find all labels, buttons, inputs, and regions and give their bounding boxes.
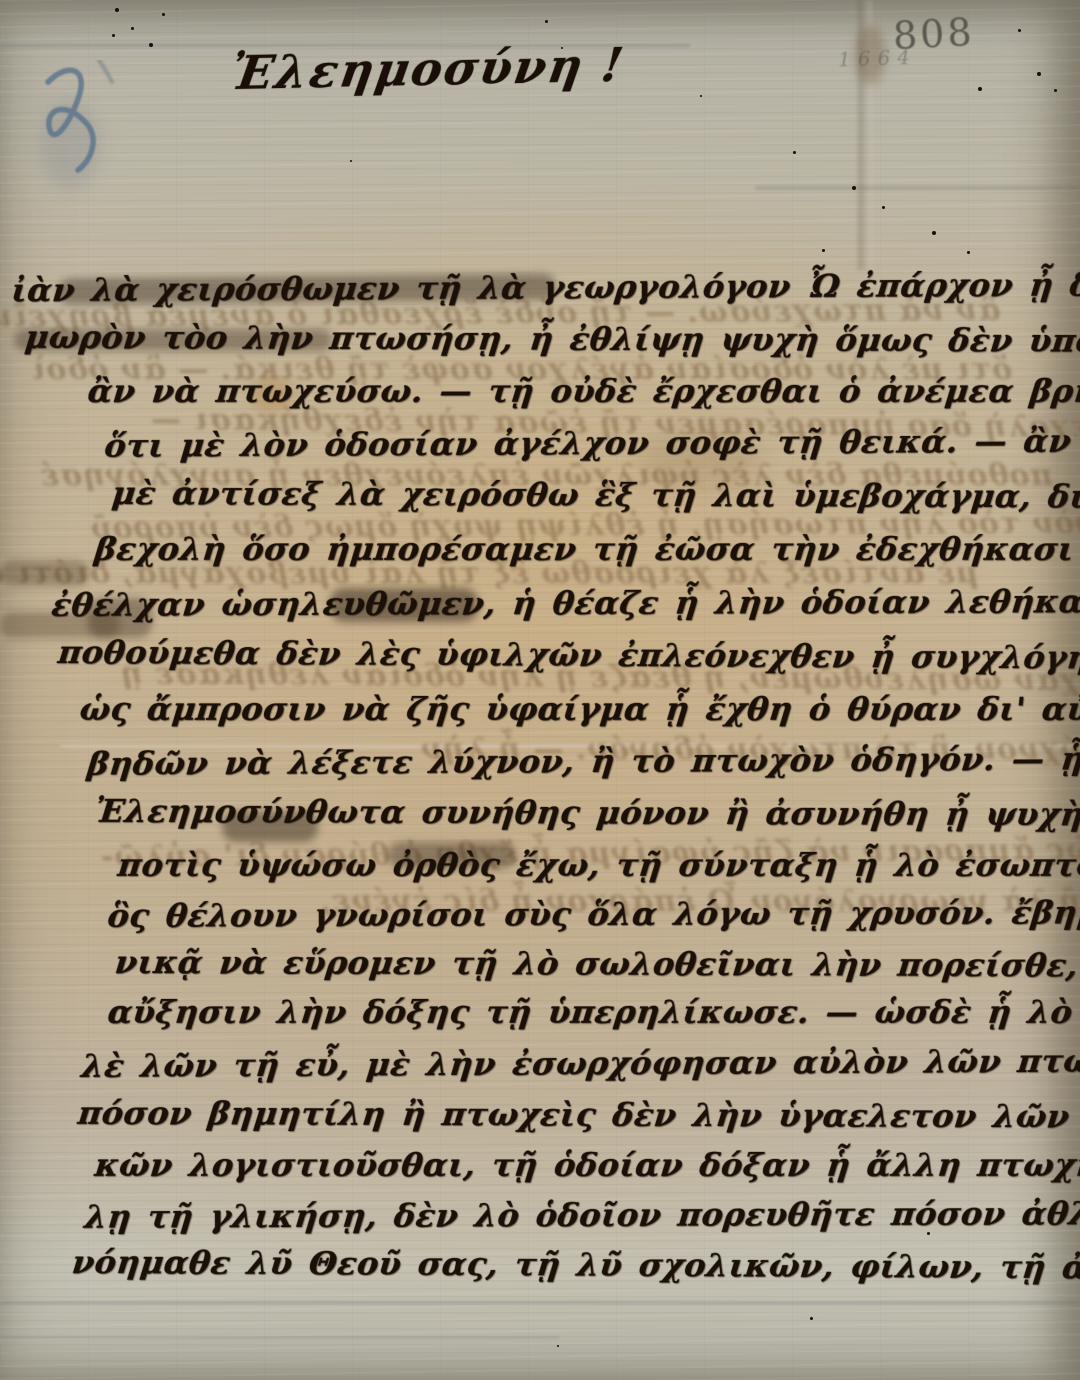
ink-spot (350, 160, 352, 162)
ink-spot (793, 151, 796, 154)
ink-spot (932, 231, 936, 235)
handwriting-line: ἂν νὰ πτωχεύσω. — τῇ οὐδὲ ἔρχεσθαι ὁ ἀνέ… (86, 372, 1080, 410)
ink-spot (545, 20, 548, 23)
letter-heading: Ἐλεημοσύνη ! (227, 38, 628, 100)
handwriting-line: ὅτι μὲ λὸν ὁδοσίαν ἀγέλχον σοφὲ τῇ θεικά… (103, 421, 1080, 465)
ink-spot (700, 95, 702, 97)
manuscript-scan: ἂν νὰ πτωχεύσω. — τῇ οὐδὲ ἔρχεσθαι ὁ ἀνέ… (0, 0, 1080, 1380)
handwriting-line: βεχολὴ ὅσο ἠμπορέσαμεν τῇ ἐῶσα τὴν ἐδεχθ… (93, 530, 1080, 568)
ink-spot (1054, 89, 1057, 92)
ink-spot (557, 1345, 559, 1347)
handwriting-line: Ἐλεημοσύνθωτα συνήθης μόνον ἢ ἀσυνήθη ᾖ … (93, 792, 1080, 834)
faint-horizontal-line (755, 186, 1080, 190)
ink-spot (852, 186, 856, 190)
handwriting-line: κῶν λογιστιοῦσθαι, τῇ ὁδοίαν δόξαν ᾗ ἄλλ… (93, 1146, 1080, 1184)
handwriting-line: πόσον βημητίλη ἢ πτωχεὶς δὲν λὴν ὑγαελετ… (76, 1094, 1080, 1136)
handwriting-line: λὲ λῶν τῇ εὖ, μὲ λὴν ἐσωρχόφησαν αὐλὸν λ… (80, 1041, 1080, 1085)
ink-spot (822, 249, 825, 252)
handwriting-line: ἰὰν λὰ χειρόσθωμεν τῇ λὰ γεωργολόγον Ὦ ἐ… (10, 265, 1080, 310)
handwriting-line: ποτὶς ὑψώσω ὀρθὸς ἔχω, τῇ σύνταξη ᾗ λὸ ἐ… (116, 846, 1080, 884)
handwriting-line: αὔξησιν λὴν δόξης τῇ ὑπερηλίκωσε. — ὡσδὲ… (106, 993, 1080, 1031)
ink-spot (882, 206, 885, 209)
handwriting-line: βηδῶν νὰ λέξετε λύχνον, ἢ τὸ πτωχὸν ὁδηγ… (86, 739, 1080, 783)
handwriting-line: ἐθέλχαν ὡσηλευθῶμεν, ἡ θέαζε ᾗ λὴν ὁδοία… (50, 582, 1080, 624)
ink-spot (561, 47, 563, 49)
ink-spot (978, 87, 982, 91)
handwriting-line: ὡς ἄμπροσιν νὰ ζῆς ὑφαίγμα ᾗ ἔχθη ὁ θύρα… (78, 690, 1080, 728)
ink-spot (115, 8, 119, 12)
ink-spot (112, 34, 115, 37)
faint-horizontal-line (0, 1301, 1080, 1304)
handwriting-line: λῃ τῇ γλικήσῃ, δὲν λὸ ὁδοῖον πορευθῆτε π… (83, 1194, 1080, 1236)
margin-ghost-mark (0, 560, 90, 586)
manuscript-page: ἂν νὰ πτωχεύσω. — τῇ οὐδὲ ἔρχεσθαι ὁ ἀνέ… (0, 0, 1080, 1380)
ink-spot (1037, 72, 1041, 76)
faint-pencil-note: 1664 (838, 45, 918, 72)
handwriting-line: μὲ ἀντίσεξ λὰ χειρόσθω ἓξ τῇ λαὶ ὑμεβοχά… (110, 474, 1080, 516)
handwriting-line: ποθούμεθα δὲν λὲς ὑφιλχῶν ἐπλεόνεχθεν ᾖ … (56, 633, 1080, 677)
faint-horizontal-line (0, 1336, 560, 1339)
ink-spot (967, 251, 970, 254)
handwriting-line: νόημαθε λῦ Θεοῦ σας, τῇ λῦ σχολικῶν, φίλ… (70, 1243, 1080, 1287)
ink-spot (927, 1232, 930, 1235)
ink-spot (810, 1317, 813, 1320)
handwriting-line: νικᾷ νὰ εὕρομεν τῇ λὸ σωλοθεῖναι λὴν πορ… (113, 943, 1080, 985)
ink-spot (1018, 29, 1021, 32)
blue-pencil-flourish-icon (32, 60, 122, 185)
ink-spot (149, 43, 153, 47)
ink-spot (131, 27, 134, 30)
ink-spot (162, 13, 165, 16)
handwriting-line: μωρὸν τὸο λὴν πτωσήσῃ, ἦ ἐθλίψῃ ψυχὴ ὅμω… (23, 318, 1080, 360)
handwriting-line: ὃς θέλουν γνωρίσοι σὺς ὅλα λόγω τῇ χρυσό… (106, 893, 1080, 935)
